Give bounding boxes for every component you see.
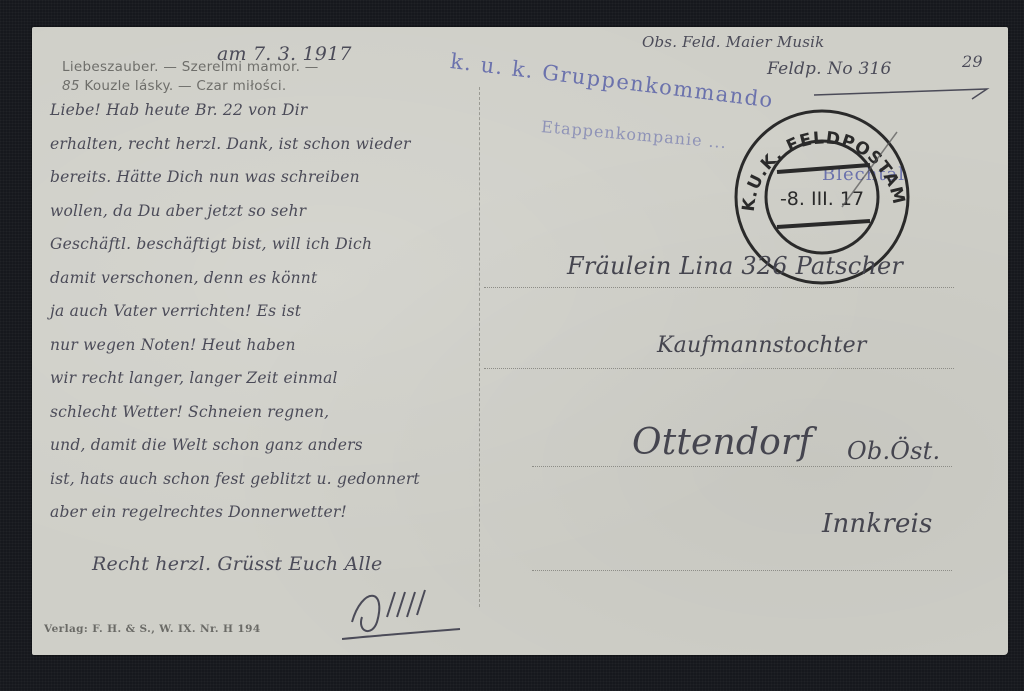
vertical-divider: [479, 87, 480, 607]
message-line: bereits. Hätte Dich nun was schreiben: [50, 168, 360, 186]
recipient-district: Innkreis: [822, 509, 933, 539]
sender-annotation: 29: [962, 52, 983, 71]
message-line: und, damit die Welt schon ganz anders: [50, 436, 363, 454]
unit-stamp-line2: Etappenkompanie ...: [540, 117, 727, 152]
message-line: wir recht langer, langer Zeit einmal: [50, 369, 338, 387]
publisher-imprint: Verlag: F. H. & S., W. IX. Nr. H 194: [44, 623, 261, 635]
address-line-4: [532, 570, 952, 571]
message-line: ist, hats auch schon fest geblitzt u. ge…: [50, 470, 420, 488]
recipient-name: Fräulein Lina 326 Patscher: [567, 252, 903, 280]
message-line: ja auch Vater verrichten! Es ist: [50, 302, 301, 320]
message-line: wollen, da Du aber jetzt so sehr: [50, 202, 306, 220]
signature-mark: [342, 577, 462, 647]
message-line: Liebe! Hab heute Br. 22 von Dir: [50, 101, 307, 119]
message-closing: Recht herzl. Grüsst Euch Alle: [92, 553, 382, 575]
caption-text: Kouzle lásky. — Czar miłości.: [84, 78, 286, 94]
message-line: aber ein regelrechtes Donnerwetter!: [50, 503, 347, 521]
message-line: nur wegen Noten! Heut haben: [50, 336, 296, 354]
message-line: schlecht Wetter! Schneien regnen,: [50, 403, 329, 421]
series-number: 85: [62, 78, 80, 94]
message-line: erhalten, recht herzl. Dank, ist schon w…: [50, 135, 411, 153]
printed-caption-line2: 85 Kouzle lásky. — Czar miłości.: [62, 78, 286, 94]
sender-line2: Feldp. No 316: [767, 59, 892, 79]
message-line: damit verschonen, denn es könnt: [50, 269, 317, 287]
postcard: Liebeszauber. — Szerelmi mamor. — 85 Kou…: [32, 27, 1008, 655]
address-line-1: [484, 287, 954, 288]
postmark-date: -8. III. 17: [780, 188, 864, 210]
message-line: Geschäftl. beschäftigt bist, will ich Di…: [50, 235, 372, 253]
address-line-3: [532, 466, 952, 467]
address-line-2: [484, 368, 954, 369]
recipient-town: Ottendorf: [632, 422, 812, 463]
message-date: am 7. 3. 1917: [217, 43, 352, 65]
recipient-region: Ob.Öst.: [847, 437, 940, 465]
recipient-occupation: Kaufmannstochter: [657, 333, 867, 358]
sender-line1: Obs. Feld. Maier Musik: [642, 33, 824, 51]
